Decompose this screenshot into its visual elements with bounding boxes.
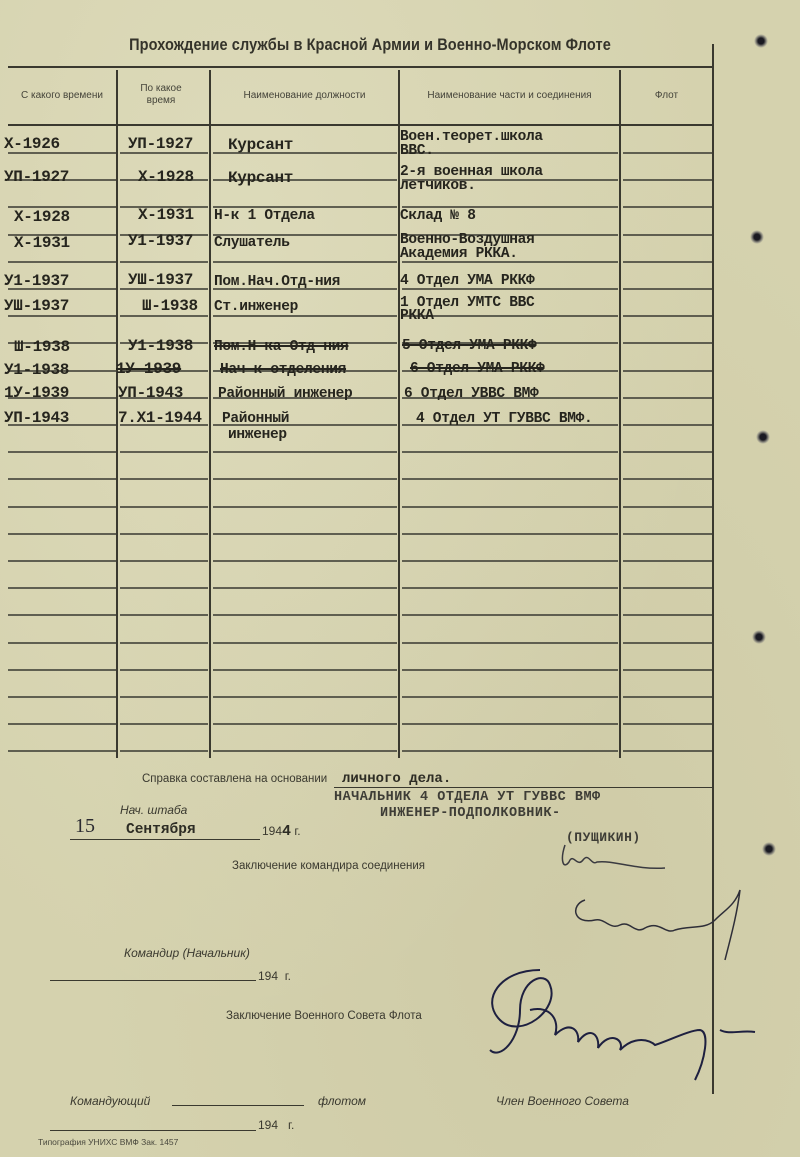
row10-from: УП-1943 — [4, 411, 69, 426]
row9-from: 1У-1939 — [4, 386, 69, 401]
row4-from: X-1931 — [14, 236, 70, 251]
row-rule — [120, 614, 208, 616]
row-rule — [213, 642, 397, 644]
row-rule — [402, 560, 618, 562]
council-date-line — [50, 1130, 256, 1131]
row-rule — [623, 342, 712, 344]
row-rule — [213, 723, 397, 725]
row8-unit: 6 Отдел УМА РККФ — [410, 362, 544, 377]
column-divider — [619, 70, 621, 758]
header-unit: Наименование части и соединения — [400, 90, 619, 102]
row-rule — [8, 614, 116, 616]
row-rule — [402, 533, 618, 535]
row-rule — [8, 723, 116, 725]
council-date-year: 194 г. — [258, 1118, 294, 1132]
row-rule — [8, 750, 116, 752]
row-rule — [213, 478, 397, 480]
row-rule — [8, 669, 116, 671]
row-rule — [8, 506, 116, 508]
row-rule — [213, 315, 397, 317]
signature-council-icon — [460, 960, 760, 1100]
row5-position: Пом.Нач.Отд-ния — [214, 275, 340, 290]
signature-chief-icon — [555, 840, 705, 880]
row-rule — [623, 614, 712, 616]
date-year-suffix: 4 — [282, 823, 291, 840]
reference-underline — [334, 787, 714, 788]
fleet-commander-label: Командующий — [70, 1094, 150, 1108]
stamp-line2: ИНЖЕНЕР-ПОДПОЛКОВНИК- — [380, 806, 561, 821]
row-rule — [120, 587, 208, 589]
punch-hole-mark — [754, 34, 768, 48]
row-rule — [213, 451, 397, 453]
row10-to: 7.Х1-1944 — [118, 411, 202, 426]
row-rule — [623, 506, 712, 508]
row-rule — [120, 642, 208, 644]
row-rule — [8, 533, 116, 535]
row10-position-line2: инженер — [228, 428, 287, 443]
row-rule — [402, 152, 618, 154]
row-rule — [623, 696, 712, 698]
header-to: По какое время — [126, 83, 196, 107]
row9-position: Районный инженер — [218, 387, 352, 402]
row-rule — [623, 533, 712, 535]
row-rule — [623, 723, 712, 725]
row6-unit-line2: РККА — [400, 309, 434, 324]
row-rule — [213, 750, 397, 752]
commander-year: 194 — [258, 969, 278, 983]
row8-position: Нач-к отделения — [220, 363, 346, 378]
date-underline — [70, 839, 260, 840]
row-rule — [213, 533, 397, 535]
row4-to: У1-1937 — [128, 234, 193, 249]
row-rule — [120, 696, 208, 698]
row-rule — [623, 587, 712, 589]
punch-hole-mark — [756, 430, 770, 444]
commander-signer-label: Командир (Начальник) — [124, 946, 250, 960]
row-rule — [120, 451, 208, 453]
row-rule — [623, 451, 712, 453]
date-year-unit: г. — [294, 824, 300, 838]
row-rule — [120, 669, 208, 671]
row1-to: УП-1927 — [128, 137, 193, 152]
reference-value: личного дела. — [342, 771, 451, 787]
row-rule — [213, 261, 397, 263]
row10-position: Районный — [222, 412, 289, 427]
row-rule — [402, 642, 618, 644]
row3-unit: Склад № 8 — [400, 209, 476, 224]
row-rule — [623, 206, 712, 208]
punch-hole-mark — [750, 230, 764, 244]
row1-position: Курсант — [228, 138, 293, 153]
row-rule — [213, 669, 397, 671]
row2-position: Курсант — [228, 171, 293, 186]
row-rule — [623, 261, 712, 263]
row-rule — [8, 642, 116, 644]
row6-position: Ст.инженер — [214, 300, 298, 315]
date-year-prefix: 194 — [262, 824, 282, 838]
punch-hole-mark — [762, 842, 776, 856]
row-rule — [402, 587, 618, 589]
row5-unit: 4 Отдел УМА РККФ — [400, 274, 534, 289]
row-rule — [213, 587, 397, 589]
fleet-commander-line — [172, 1105, 304, 1106]
signature-commander-icon — [565, 880, 755, 970]
row-rule — [8, 587, 116, 589]
row-rule — [402, 669, 618, 671]
fleet-label: флотом — [318, 1094, 366, 1108]
row2-from: УП-1927 — [4, 170, 69, 185]
row-rule — [623, 315, 712, 317]
row-rule — [402, 506, 618, 508]
date-day: 15 — [75, 815, 95, 838]
row3-from: X-1928 — [14, 210, 70, 225]
row5-from: У1-1937 — [4, 274, 69, 289]
row-rule — [623, 179, 712, 181]
council-conclusion-label: Заключение Военного Совета Флота — [226, 1010, 422, 1022]
imprint: Типография УНИХС ВМФ Зак. 1457 — [38, 1137, 178, 1147]
row-rule — [8, 451, 116, 453]
council-year: 194 — [258, 1118, 278, 1132]
row7-to: У1-1938 — [128, 339, 193, 354]
header-position: Наименование должности — [211, 90, 398, 102]
table-top-border — [8, 66, 713, 68]
header-fleet: Флот — [621, 90, 712, 102]
row-rule — [623, 424, 712, 426]
row-rule — [623, 669, 712, 671]
row-rule — [402, 315, 618, 317]
page-title: Прохождение службы в Красной Армии и Вое… — [44, 36, 695, 55]
date-month: Сентября — [126, 822, 196, 838]
row10-unit: 4 Отдел УТ ГУВВС ВМФ. — [416, 412, 592, 427]
row-rule — [213, 614, 397, 616]
row2-to: X-1928 — [138, 170, 194, 185]
row-rule — [120, 261, 208, 263]
header-from: С какого времени — [8, 90, 116, 102]
date-year: 1944 г. — [262, 823, 301, 840]
row-rule — [120, 506, 208, 508]
punch-hole-mark — [752, 630, 766, 644]
row-rule — [120, 723, 208, 725]
row-rule — [213, 506, 397, 508]
row-rule — [623, 234, 712, 236]
council-year-unit: г. — [288, 1118, 294, 1132]
column-divider — [209, 70, 211, 758]
row9-to: УП-1943 — [118, 386, 183, 401]
row-rule — [402, 478, 618, 480]
row-rule — [120, 315, 208, 317]
row7-position: Пом.Н-ка-Отд-ния — [214, 340, 348, 355]
row-rule — [402, 723, 618, 725]
row3-position: Н-к 1 Отдела — [214, 209, 315, 224]
row-rule — [623, 560, 712, 562]
row-rule — [623, 397, 712, 399]
row9-unit: 6 Отдел УВВС ВМФ — [404, 387, 538, 402]
row7-from: Ш-1938 — [14, 340, 70, 355]
row1-from: X-1926 — [4, 137, 60, 152]
row-rule — [120, 750, 208, 752]
row-rule — [623, 750, 712, 752]
stamp-line1: НАЧАЛЬНИК 4 ОТДЕЛА УТ ГУВВС ВМФ — [334, 790, 601, 805]
row1-unit-line2: ВВС. — [400, 144, 434, 159]
commander-date-year: 194 г. — [258, 969, 291, 983]
row-rule — [402, 614, 618, 616]
row-rule — [623, 370, 712, 372]
row3-to: X-1931 — [138, 208, 194, 223]
row4-position: Слушатель — [214, 236, 290, 251]
row6-from: УШ-1937 — [4, 299, 69, 314]
row-rule — [402, 451, 618, 453]
row-rule — [8, 261, 116, 263]
row-rule — [8, 696, 116, 698]
commander-year-unit: г. — [285, 969, 291, 983]
row6-to: Ш-1938 — [142, 299, 198, 314]
row-rule — [623, 642, 712, 644]
row-rule — [8, 560, 116, 562]
row-rule — [213, 696, 397, 698]
row5-to: УШ-1937 — [128, 273, 193, 288]
row-rule — [120, 533, 208, 535]
commander-conclusion-label: Заключение командира соединения — [232, 860, 425, 872]
row-rule — [402, 696, 618, 698]
row8-from: У1-1938 — [4, 363, 69, 378]
row-rule — [120, 478, 208, 480]
row7-unit: 5 Отдел УМА РККФ — [402, 339, 536, 354]
row-rule — [623, 152, 712, 154]
header-bottom-border — [8, 124, 713, 126]
row-rule — [623, 478, 712, 480]
row-rule — [402, 750, 618, 752]
row2-unit-line2: летчиков. — [400, 179, 476, 194]
row-rule — [8, 478, 116, 480]
commander-date-line — [50, 980, 256, 981]
row-rule — [213, 560, 397, 562]
reference-label: Справка составлена на основании — [142, 773, 327, 785]
row-rule — [8, 315, 116, 317]
row8-to: 1У-1939 — [116, 362, 181, 377]
row-rule — [120, 560, 208, 562]
chief-of-staff-label: Нач. штаба — [120, 803, 187, 817]
row-rule — [623, 288, 712, 290]
row4-unit-line2: Академия РККА. — [400, 247, 518, 262]
